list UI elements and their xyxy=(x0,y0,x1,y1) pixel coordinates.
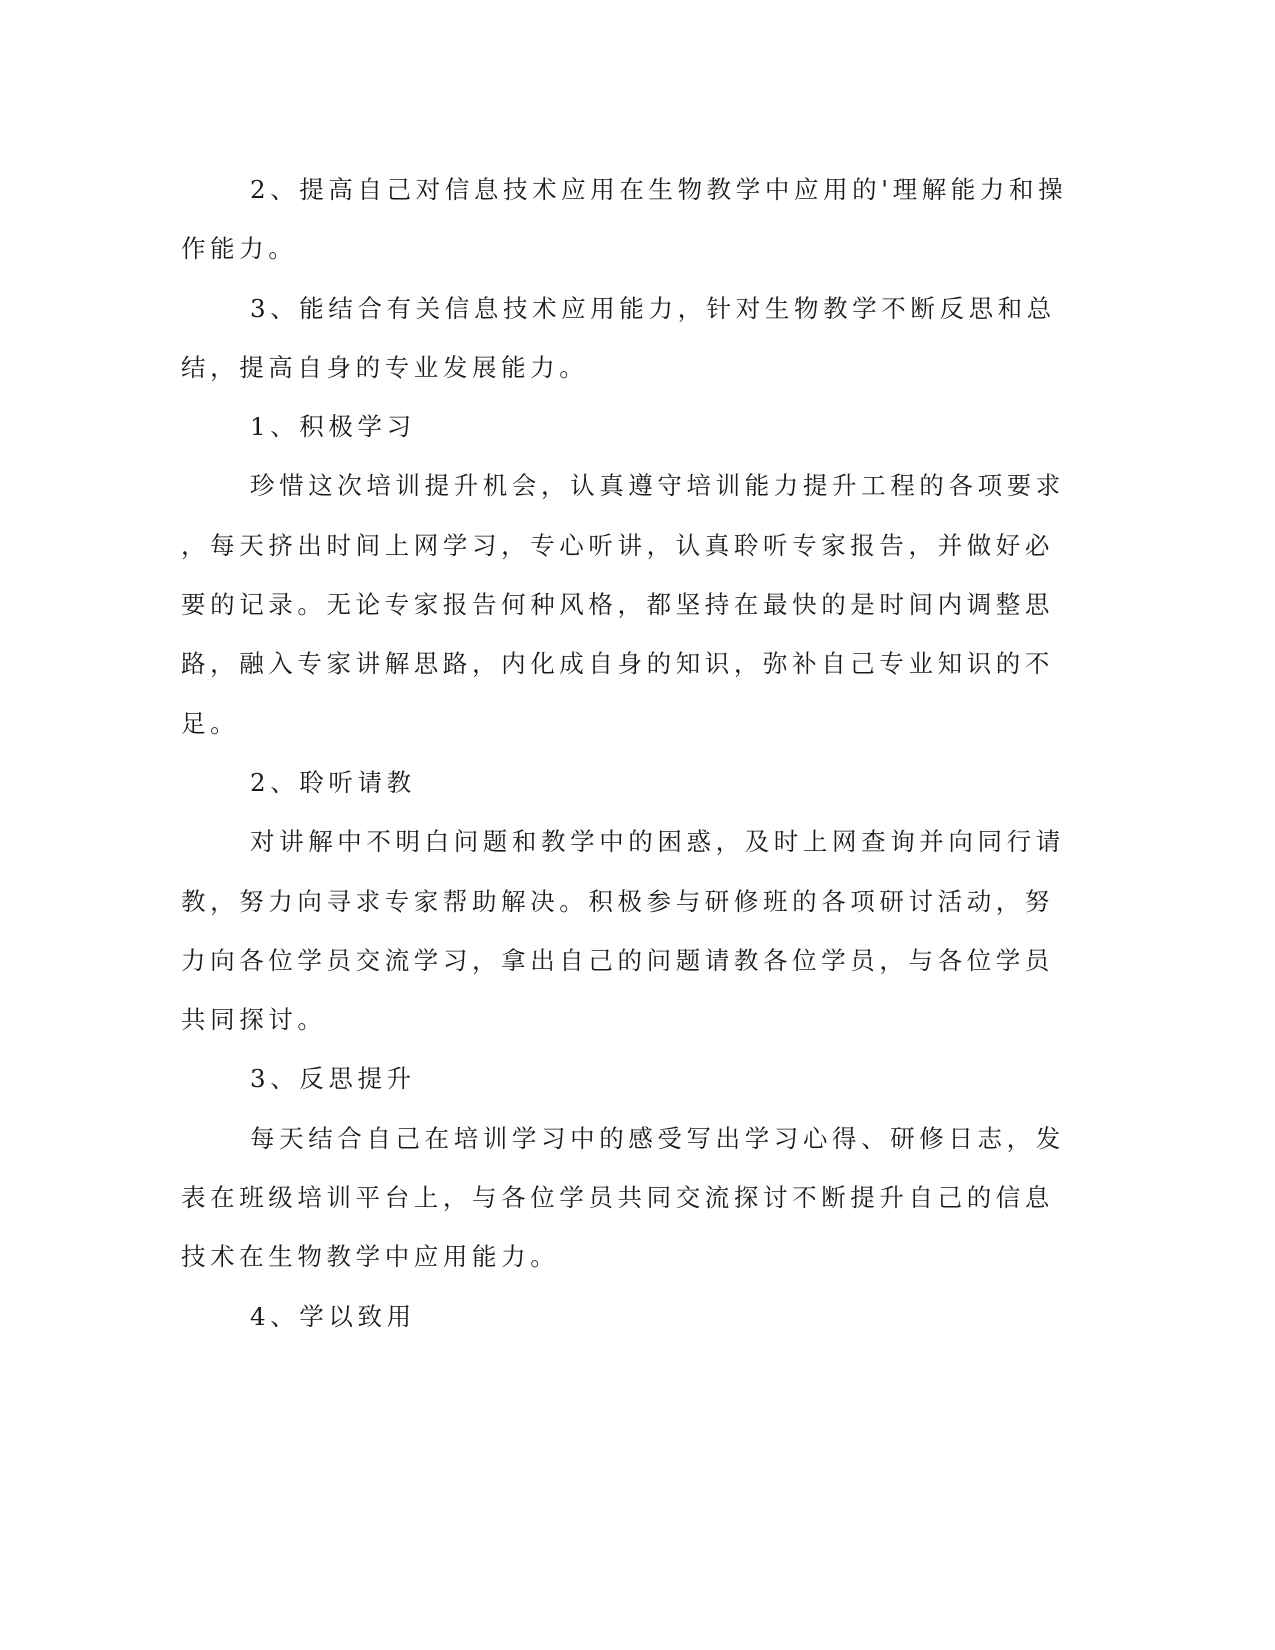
paragraph-active-learning-cont-3: 路，融入专家讲解思路，内化成自身的知识，弥补自己专业知识的不 xyxy=(181,634,1031,693)
paragraph-active-learning-cont-4: 足。 xyxy=(181,694,1031,753)
paragraph-reflect-improve-cont-2: 技术在生物教学中应用能力。 xyxy=(181,1227,1031,1286)
paragraph-goal-3: 3、能结合有关信息技术应用能力，针对生物教学不断反思和总 xyxy=(181,279,1031,338)
paragraph-listen-consult-cont-2: 力向各位学员交流学习，拿出自己的问题请教各位学员，与各位学员 xyxy=(181,931,1031,990)
paragraph-listen-consult-cont-3: 共同探讨。 xyxy=(181,990,1031,1049)
paragraph-goal-3-cont: 结，提高自身的专业发展能力。 xyxy=(181,338,1031,397)
paragraph-listen-consult: 对讲解中不明白问题和教学中的困惑，及时上网查询并向同行请 xyxy=(181,812,1031,871)
paragraph-active-learning-cont-2: 要的记录。无论专家报告何种风格，都坚持在最快的是时间内调整思 xyxy=(181,575,1031,634)
heading-listen-consult: 2、聆听请教 xyxy=(181,753,1031,812)
paragraph-listen-consult-cont-1: 教，努力向寻求专家帮助解决。积极参与研修班的各项研讨活动，努 xyxy=(181,872,1031,931)
paragraph-reflect-improve: 每天结合自己在培训学习中的感受写出学习心得、研修日志，发 xyxy=(181,1109,1031,1168)
paragraph-active-learning-cont-1: ，每天挤出时间上网学习，专心听讲，认真聆听专家报告，并做好必 xyxy=(181,516,1031,575)
paragraph-goal-2-cont: 作能力。 xyxy=(181,219,1031,278)
paragraph-active-learning: 珍惜这次培训提升机会，认真遵守培训能力提升工程的各项要求 xyxy=(181,456,1031,515)
heading-reflect-improve: 3、反思提升 xyxy=(181,1049,1031,1108)
document-page: 2、提高自己对信息技术应用在生物教学中应用的'理解能力和操 作能力。 3、能结合… xyxy=(181,160,1031,1346)
heading-apply-learning: 4、学以致用 xyxy=(181,1287,1031,1346)
paragraph-goal-2: 2、提高自己对信息技术应用在生物教学中应用的'理解能力和操 xyxy=(181,160,1031,219)
paragraph-reflect-improve-cont-1: 表在班级培训平台上，与各位学员共同交流探讨不断提升自己的信息 xyxy=(181,1168,1031,1227)
heading-active-learning: 1、积极学习 xyxy=(181,397,1031,456)
